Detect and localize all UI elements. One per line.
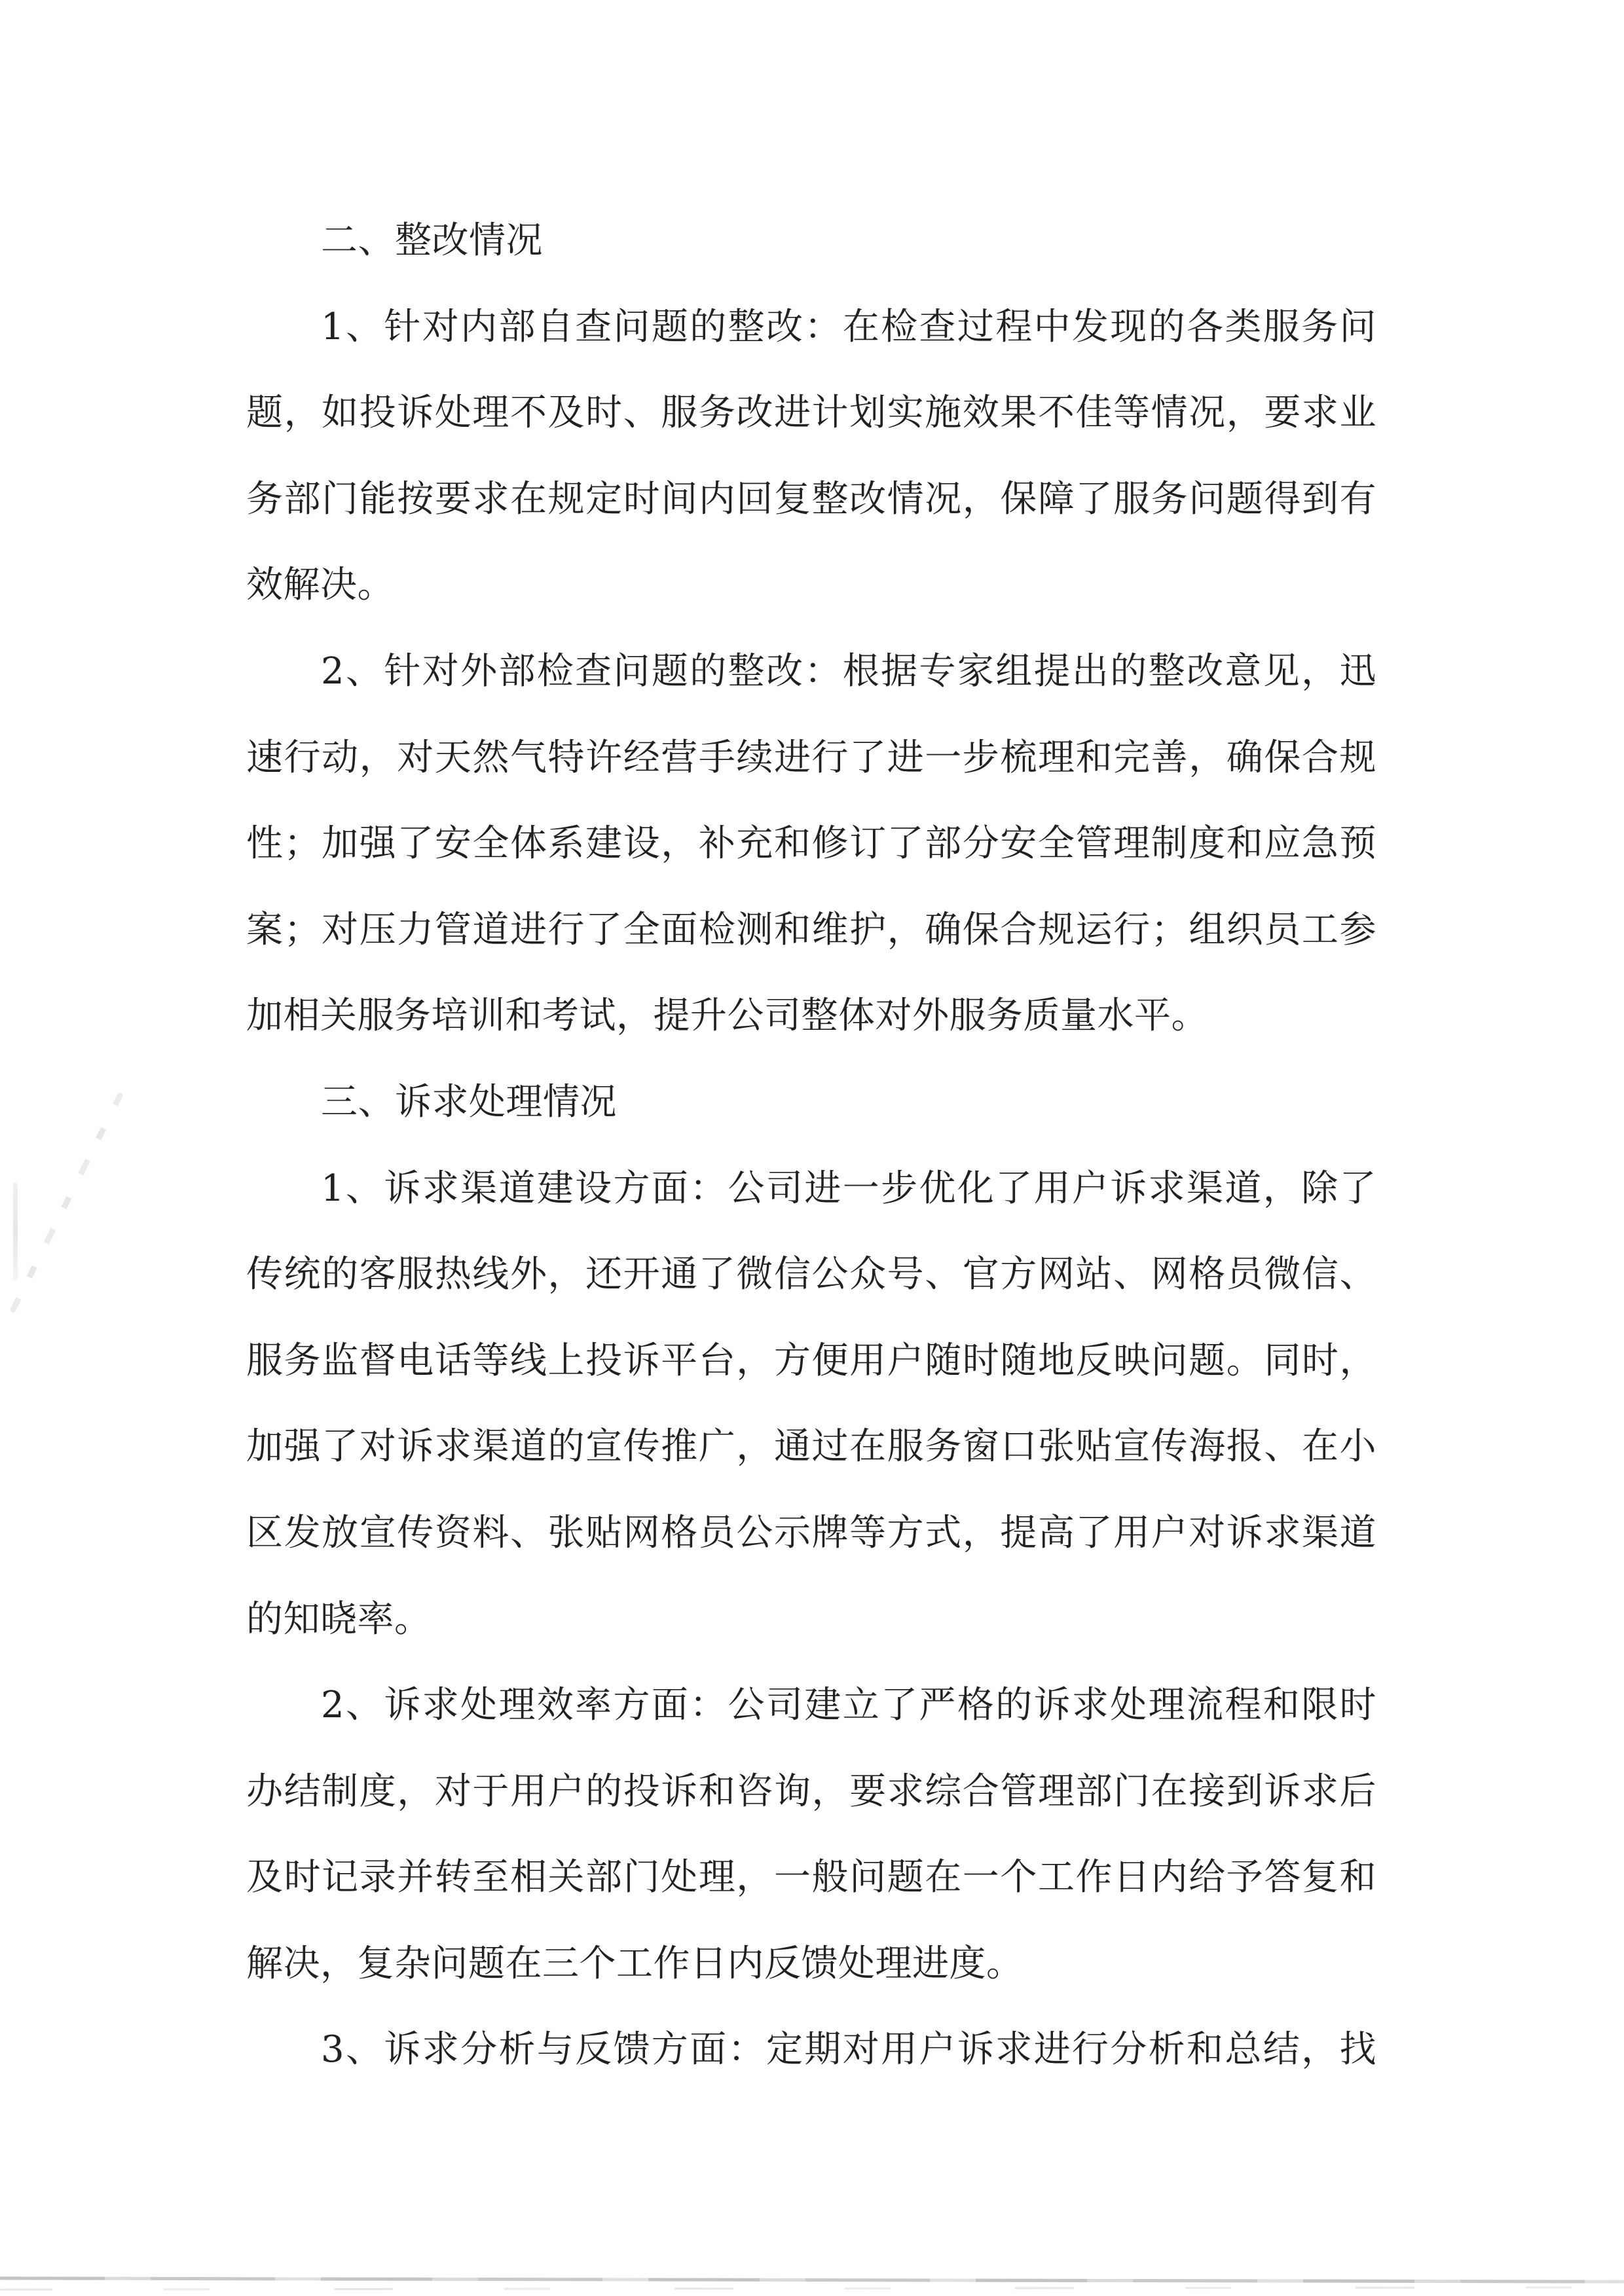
text-line: 速行动，对天然气特许经营手续进行了进一步梳理和完善，确保合规 [246,715,1376,801]
text-line: 解决，复杂问题在三个工作日内反馈处理进度。 [246,1921,1376,2007]
text-line: 1、针对内部自查问题的整改：在检查过程中发现的各类服务问 [246,284,1376,371]
text-line: 务部门能按要求在规定时间内回复整改情况，保障了服务问题得到有 [246,456,1376,543]
text-line: 加强了对诉求渠道的宣传推广，通过在服务窗口张贴宣传海报、在小 [246,1404,1376,1490]
text-line: 性；加强了安全体系建设，补充和修订了部分安全管理制度和应急预 [246,801,1376,887]
text-line: 1、诉求渠道建设方面：公司进一步优化了用户诉求渠道，除了 [246,1146,1376,1232]
text-line: 效解决。 [246,542,1376,629]
text-line: 加相关服务培训和考试，提升公司整体对外服务质量水平。 [246,973,1376,1059]
text-line: 办结制度，对于用户的投诉和咨询，要求综合管理部门在接到诉求后 [246,1749,1376,1835]
text-line: 及时记录并转至相关部门处理，一般问题在一个工作日内给予答复和 [246,1834,1376,1921]
text-line: 传统的客服热线外，还开通了微信公众号、官方网站、网格员微信、 [246,1231,1376,1318]
scan-artifact-diagonal-smudge [9,1092,124,1314]
text-line: 区发放宣传资料、张贴网格员公示牌等方式，提高了用户对诉求渠道 [246,1490,1376,1576]
scan-artifact-bottom-edge-secondary [0,2286,1624,2290]
text-line: 2、针对外部检查问题的整改：根据专家组提出的整改意见，迅 [246,629,1376,715]
text-line: 2、诉求处理效率方面：公司建立了严格的诉求处理流程和限时 [246,1662,1376,1749]
text-line: 的知晓率。 [246,1576,1376,1663]
scan-artifact-vertical-streak [13,1182,18,1281]
scanned-document-page: 二、整改情况1、针对内部自查问题的整改：在检查过程中发现的各类服务问题，如投诉处… [0,0,1624,2296]
document-text-block: 二、整改情况1、针对内部自查问题的整改：在检查过程中发现的各类服务问题，如投诉处… [246,198,1376,2093]
section-heading: 三、诉求处理情况 [246,1059,1376,1146]
text-line: 题，如投诉处理不及时、服务改进计划实施效果不佳等情况，要求业 [246,370,1376,456]
scan-artifact-bottom-edge [0,2276,1624,2283]
text-line: 案；对压力管道进行了全面检测和维护，确保合规运行；组织员工参 [246,887,1376,974]
section-heading: 二、整改情况 [246,198,1376,284]
text-line: 服务监督电话等线上投诉平台，方便用户随时随地反映问题。同时， [246,1318,1376,1404]
text-line: 3、诉求分析与反馈方面：定期对用户诉求进行分析和总结，找 [246,2007,1376,2093]
